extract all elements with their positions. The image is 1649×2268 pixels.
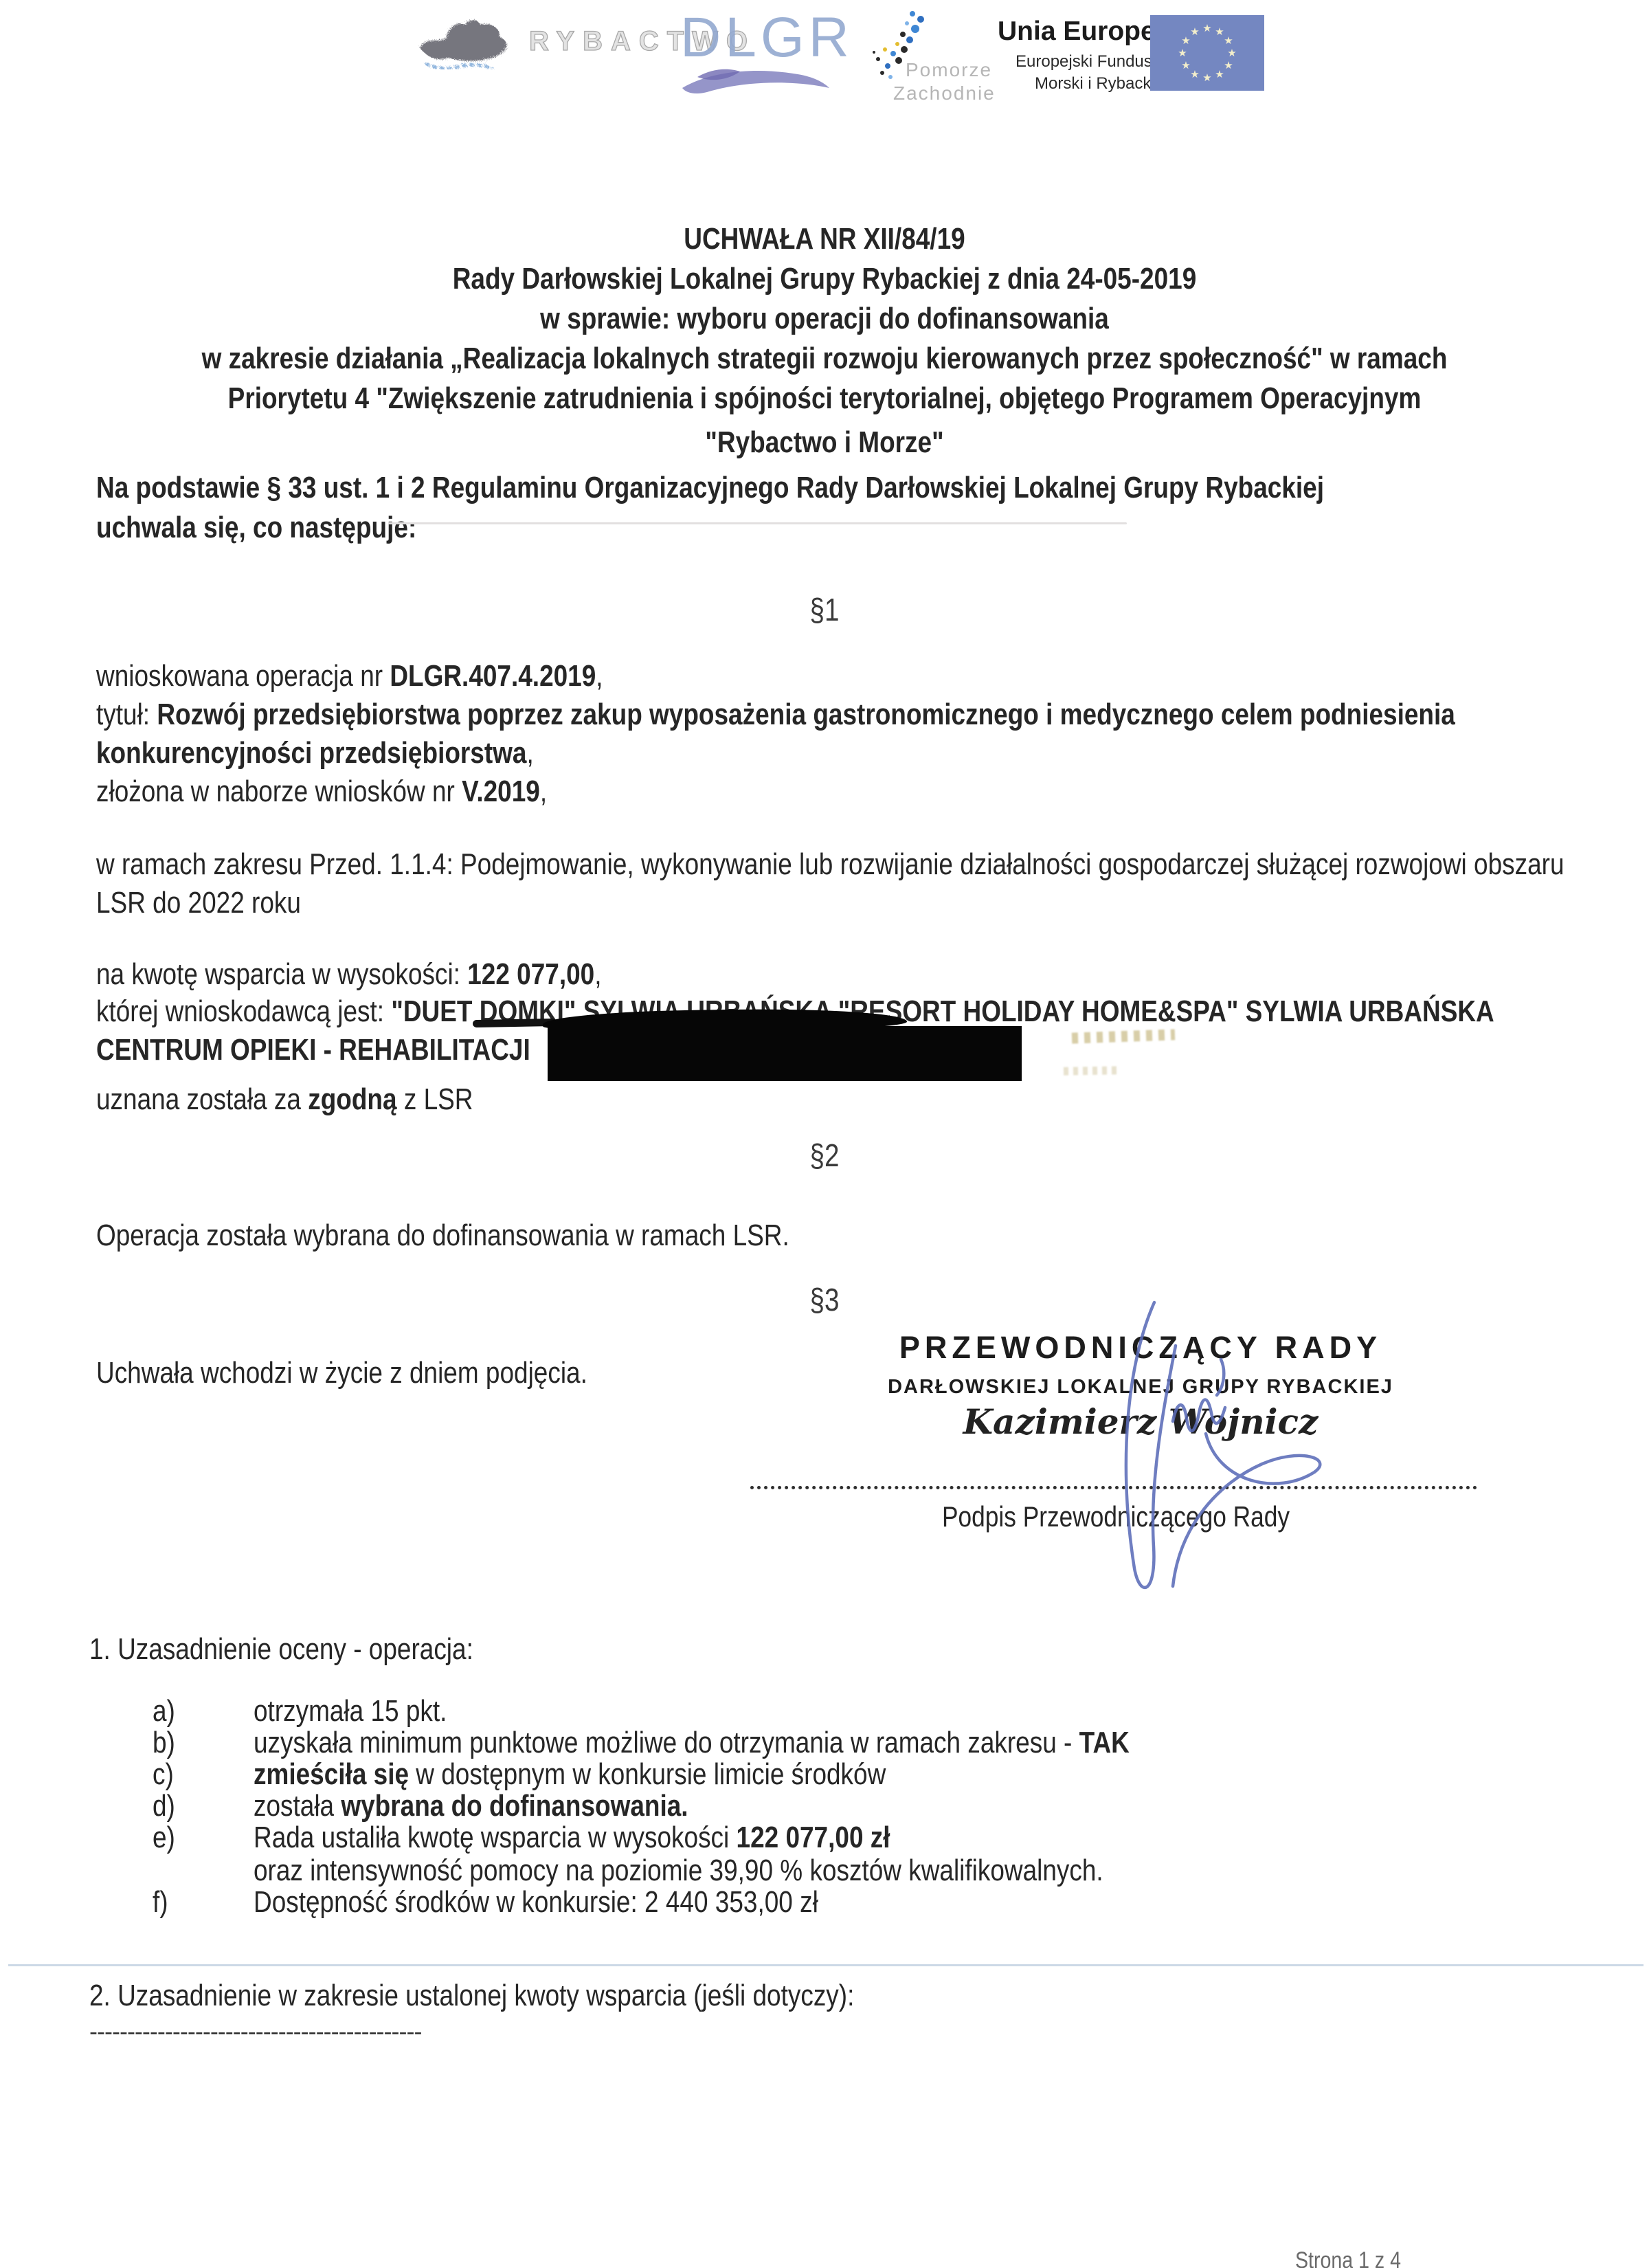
svg-text:★: ★ xyxy=(1215,25,1224,38)
operation-title-bold1: Rozwój przedsiębiorstwa poprzez zakup wy… xyxy=(157,698,1455,731)
svg-text:★: ★ xyxy=(1178,47,1187,59)
justification-item-f: f)Dostępność środków w konkursie: 2 440 … xyxy=(153,1887,818,1917)
scan-fold-line xyxy=(8,1964,1644,1966)
item-d-bold: wybrana do dofinansowania. xyxy=(341,1789,688,1823)
title-line-3: w sprawie: wyboru operacji do dofinansow… xyxy=(132,304,1517,334)
svg-text:★: ★ xyxy=(1224,34,1233,47)
call-number-line: złożona w naborze wniosków nr V.2019, xyxy=(96,777,547,807)
legal-basis-line1: Na podstawie § 33 ust. 1 i 2 Regulaminu … xyxy=(96,473,1324,503)
item-d-label: d) xyxy=(153,1791,254,1821)
call-number-value: V.2019 xyxy=(462,775,540,808)
pomorze-label-line2: Zachodnie xyxy=(893,84,996,103)
item-e-pre: Rada ustaliła kwotę wsparcia w wysokości xyxy=(254,1821,737,1854)
svg-text:★: ★ xyxy=(1224,59,1233,71)
erased-line-artifact xyxy=(388,522,1127,524)
operation-number-line: wnioskowana operacja nr DLGR.407.4.2019, xyxy=(96,661,603,691)
svg-text:★: ★ xyxy=(1181,34,1190,47)
justification-item-a: a)otrzymała 15 pkt. xyxy=(153,1696,447,1726)
operation-title-post: , xyxy=(526,736,533,770)
page-number-fragment: Strona 1 z 4 xyxy=(1295,2249,1401,2268)
support-amount-line: na kwotę wsparcia w wysokości: 122 077,0… xyxy=(96,959,601,990)
justification-item-c: c)zmieściła się w dostępnym w konkursie … xyxy=(153,1759,886,1790)
item-c-text: w dostępnym w konkursie limicie środków xyxy=(409,1757,886,1791)
justification-heading-2: 2. Uzasadnienie w zakresie ustalonej kwo… xyxy=(89,1981,854,2011)
item-f-label: f) xyxy=(153,1887,254,1917)
justification-item-b: b)uzyskała minimum punktowe możliwe do o… xyxy=(153,1728,1130,1758)
title-line-4: w zakresie działania „Realizacja lokalny… xyxy=(132,344,1517,374)
justification-item-d: d)została wybrana do dofinansowania. xyxy=(153,1791,688,1821)
call-number-pre: złożona w naborze wniosków nr xyxy=(96,775,462,808)
applicant-pre: której wnioskodawcą jest: xyxy=(96,994,391,1028)
erased-handwriting-mark2 xyxy=(1064,1066,1121,1075)
section2-text: Operacja została wybrana do dofinansowan… xyxy=(96,1221,789,1251)
justification-heading-1: 1. Uzasadnienie oceny - operacja: xyxy=(89,1634,473,1665)
fish-logo-icon xyxy=(416,14,526,76)
lsr-conformity-line: uznana została za zgodną z LSR xyxy=(96,1085,473,1115)
item-a-text: otrzymała 15 pkt. xyxy=(254,1694,447,1728)
item-f-text: Dostępność środków w konkursie: 2 440 35… xyxy=(254,1885,818,1919)
item-b-bold: TAK xyxy=(1079,1726,1130,1759)
scope-line2: LSR do 2022 roku xyxy=(96,888,301,918)
eu-subtitle-line2: Morski i Rybacki xyxy=(1035,76,1155,92)
svg-text:★: ★ xyxy=(1227,47,1236,59)
justification-item-e-cont: oraz intensywność pomocy na poziomie 39,… xyxy=(153,1856,1103,1886)
item-d-pre: została xyxy=(254,1789,341,1823)
operation-number-value: DLGR.407.4.2019 xyxy=(390,659,596,693)
justification-item-e: e)Rada ustaliła kwotę wsparcia w wysokoś… xyxy=(153,1823,890,1853)
call-number-post: , xyxy=(540,775,547,808)
section-mark-1: §1 xyxy=(132,594,1517,625)
operation-title-line2: konkurencyjności przedsiębiorstwa, xyxy=(96,738,534,768)
operation-title-bold2: konkurencyjności przedsiębiorstwa xyxy=(96,736,526,770)
applicant-line2: CENTRUM OPIEKI - REHABILITACJI xyxy=(96,1035,530,1065)
title-line-5: Priorytetu 4 "Zwiększenie zatrudnienia i… xyxy=(132,383,1517,414)
pomorze-label-line1: Pomorze xyxy=(906,60,992,80)
svg-text:★: ★ xyxy=(1181,59,1190,71)
svg-text:★: ★ xyxy=(1215,68,1224,80)
support-amount-pre: na kwotę wsparcia w wysokości: xyxy=(96,957,467,991)
scope-line1: w ramach zakresu Przed. 1.1.4: Podejmowa… xyxy=(96,849,1564,880)
empty-answer-dashes: ----------------------------------------… xyxy=(89,2019,421,2044)
operation-number-post: , xyxy=(596,659,603,693)
title-line-6: "Rybactwo i Morze" xyxy=(132,427,1517,458)
item-c-bold: zmieściła się xyxy=(254,1757,409,1791)
document-page: RYBACTWO DLGR Pomorze Zachodnie Unia Eur… xyxy=(0,0,1649,2268)
conformity-post: z LSR xyxy=(397,1082,473,1116)
item-e-label: e) xyxy=(153,1823,254,1853)
title-line-2: Rady Darłowskiej Lokalnej Grupy Rybackie… xyxy=(132,264,1517,294)
support-amount-value: 122 077,00 xyxy=(467,957,594,991)
conformity-pre: uznana została za xyxy=(96,1082,308,1116)
svg-text:★: ★ xyxy=(1190,68,1199,80)
legal-basis-line2: uchwala się, co następuje: xyxy=(96,513,416,543)
svg-text:★: ★ xyxy=(1190,25,1199,38)
item-e-cont-text: oraz intensywność pomocy na poziomie 39,… xyxy=(254,1854,1103,1887)
svg-text:★: ★ xyxy=(1202,22,1211,34)
operation-number-pre: wnioskowana operacja nr xyxy=(96,659,390,693)
erased-handwriting-mark1 xyxy=(1072,1029,1175,1043)
support-amount-post: , xyxy=(594,957,601,991)
redaction-bar xyxy=(548,1026,1022,1081)
section3-text: Uchwała wchodzi w życie z dniem podjęcia… xyxy=(96,1358,587,1388)
section-mark-2: §2 xyxy=(132,1139,1517,1171)
item-b-text: uzyskała minimum punktowe możliwe do otr… xyxy=(254,1726,1079,1759)
dlgr-logo-label: DLGR xyxy=(680,10,853,66)
item-b-label: b) xyxy=(153,1728,254,1758)
svg-text:★: ★ xyxy=(1202,71,1211,84)
item-a-label: a) xyxy=(153,1696,254,1726)
eu-subtitle-line1: Europejski Fundusz xyxy=(1016,54,1160,70)
dlgr-swoosh-icon xyxy=(677,65,835,102)
title-line-1: UCHWAŁA NR XII/84/19 xyxy=(132,224,1517,254)
item-c-label: c) xyxy=(153,1759,254,1790)
handwritten-signature xyxy=(1000,1299,1343,1601)
item-e-bold: 122 077,00 zł xyxy=(737,1821,890,1854)
operation-title-pre: tytuł: xyxy=(96,698,157,731)
conformity-bold: zgodną xyxy=(308,1082,396,1116)
eu-flag-icon: ★★★ ★★★ ★★★ ★★★ xyxy=(1150,15,1264,91)
operation-title-line1: tytuł: Rozwój przedsiębiorstwa poprzez z… xyxy=(96,700,1455,730)
